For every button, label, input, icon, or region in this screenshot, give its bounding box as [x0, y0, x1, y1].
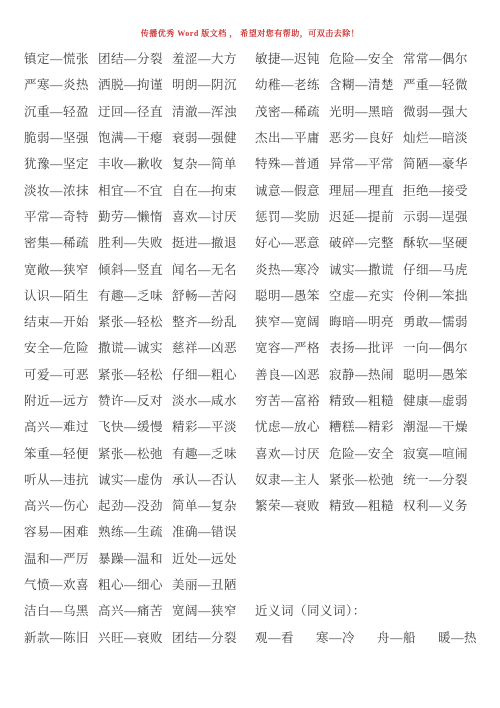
word-pair-row: 附近—远方赞许—反对淡水—咸水穷苦—富裕精致—粗糙健康—虚弱 [24, 387, 492, 413]
antonym-pair: 严重—轻微 [403, 75, 468, 93]
antonym-pair: 特殊—普通 [255, 154, 320, 172]
antonym-pair: 复杂—简单 [172, 154, 237, 172]
antonym-pair: 危险—安全 [329, 49, 394, 67]
right-pairs-group: 好心—恶意破碎—完整酥软—坚硬 [255, 233, 492, 251]
antonym-pair: 统一—分裂 [403, 470, 468, 488]
right-pairs-group: 诚意—假意理屈—理直拒绝—接受 [255, 181, 492, 199]
antonym-pair: 常常—偶尔 [403, 49, 468, 67]
antonym-pair: 高兴—伤心 [24, 496, 89, 514]
antonym-pair: 气愤—欢喜 [24, 575, 89, 593]
right-pairs-group: 惩罚—奖励迟延—提前示弱—逞强 [255, 207, 492, 225]
left-pairs-group: 淡妆—浓抹相宜—不宜自在—拘束 [24, 181, 255, 199]
antonym-pair: 勇敢—懦弱 [403, 312, 468, 330]
antonym-pair: 迟延—提前 [329, 207, 394, 225]
antonym-pair: 含糊—清楚 [329, 75, 394, 93]
word-pair-row: 可爱—可恶紧张—轻松仔细—粗心善良—凶恶寂静—热闹聪明—愚笨 [24, 361, 492, 387]
watermark-notice[interactable]: 传播优秀 Word 版文档 ， 希望对您有帮助，可双击去除！ [0, 28, 500, 39]
word-pair-row: 严寒—炎热洒脱—拘谨明朗—阴沉幼稚—老练含糊—清楚严重—轻微 [24, 71, 492, 97]
word-pair-row: 密集—稀疏胜利—失败挺进—撤退好心—恶意破碎—完整酥软—坚硬 [24, 229, 492, 255]
antonym-pair: 幼稚—老练 [255, 75, 320, 93]
word-pairs-list: 镇定—慌张团结—分裂羞涩—大方敏捷—迟钝危险—安全常常—偶尔严寒—炎热洒脱—拘谨… [24, 45, 492, 650]
right-pairs-group: 杰出—平庸恶劣—良好灿烂—暗淡 [255, 128, 492, 146]
antonym-pair: 理屈—理直 [329, 181, 394, 199]
antonym-pair: 高兴—痛苦 [98, 601, 163, 619]
right-pairs-group: 观—看寒—冷舟—船暖—热 [255, 628, 492, 646]
antonym-pair: 微弱—强大 [403, 102, 468, 120]
antonym-pair: 糟糕—精彩 [329, 417, 394, 435]
antonym-pair: 淡妆—浓抹 [24, 181, 89, 199]
word-pair-row: 温和—严厉暴躁—温和近处—远处 [24, 545, 492, 571]
antonym-pair: 容易—困难 [24, 522, 89, 540]
word-pair-row: 平常—奇特勤劳—懒惰喜欢—讨厌惩罚—奖励迟延—提前示弱—逞强 [24, 203, 492, 229]
antonym-pair: 狭窄—宽阔 [255, 312, 320, 330]
antonym-pair: 美丽—丑陋 [172, 575, 237, 593]
word-pair-row: 容易—困难熟练—生疏准确—错误 [24, 518, 492, 544]
word-pair-row: 结束—开始紧张—轻松整齐—纷乱狭窄—宽阔晦暗—明亮勇敢—懦弱 [24, 308, 492, 334]
antonym-pair: 闻名—无名 [172, 260, 237, 278]
antonym-pair: 明朗—阴沉 [172, 75, 237, 93]
antonym-pair: 宽敞—狭窄 [24, 260, 89, 278]
antonym-pair: 熟练—生疏 [98, 522, 163, 540]
left-pairs-group: 镇定—慌张团结—分裂羞涩—大方 [24, 49, 255, 67]
antonym-pair: 善良—凶恶 [255, 365, 320, 383]
antonym-pair: 衰弱—强健 [172, 128, 237, 146]
right-pairs-group: 奴隶—主人紧张—松弛统一—分裂 [255, 470, 492, 488]
word-pair-row: 气愤—欢喜粗心—细心美丽—丑陋 [24, 571, 492, 597]
antonym-pair: 倾斜—竖直 [98, 260, 163, 278]
antonym-pair: 粗心—细心 [98, 575, 163, 593]
left-pairs-group: 严寒—炎热洒脱—拘谨明朗—阴沉 [24, 75, 255, 93]
antonym-pair: 慈祥—凶恶 [172, 338, 237, 356]
antonym-pair: 伶俐—笨拙 [403, 286, 468, 304]
left-pairs-group: 密集—稀疏胜利—失败挺进—撤退 [24, 233, 255, 251]
right-pairs-group: 近义词（同义词）： [255, 601, 492, 619]
antonym-pair: 宽容—严格 [255, 338, 320, 356]
antonym-pair: 紧张—轻松 [98, 365, 163, 383]
antonym-pair: 听从—违抗 [24, 470, 89, 488]
left-pairs-group: 沉重—轻盈迂回—径直清澈—浑浊 [24, 102, 255, 120]
antonym-pair: 灿烂—暗淡 [403, 128, 468, 146]
left-pairs-group: 高兴—难过飞快—缓慢精彩—平淡 [24, 417, 255, 435]
antonym-pair: 起劲—没劲 [98, 496, 163, 514]
antonym-pair: 恶劣—良好 [329, 128, 394, 146]
antonym-pair: 羞涩—大方 [172, 49, 237, 67]
antonym-pair: 胜利—失败 [98, 233, 163, 251]
antonym-pair: 团结—分裂 [172, 628, 237, 646]
antonym-pair: 繁荣—衰败 [255, 496, 320, 514]
antonym-pair: 迂回—径直 [98, 102, 163, 120]
antonym-pair: 表扬—批评 [329, 338, 394, 356]
word-pair-row: 宽敞—狭窄倾斜—竖直闻名—无名炎热—寒冷诚实—撒谎仔细—马虎 [24, 255, 492, 281]
antonym-pair: 紧张—松弛 [329, 470, 394, 488]
antonym-pair: 奴隶—主人 [255, 470, 320, 488]
antonym-pair: 精致—粗糙 [329, 496, 394, 514]
antonym-pair: 镇定—慌张 [24, 49, 89, 67]
antonym-pair: 简单—复杂 [172, 496, 237, 514]
antonym-pair: 杰出—平庸 [255, 128, 320, 146]
left-pairs-group: 听从—违抗诚实—虚伪承认—否认 [24, 470, 255, 488]
antonym-pair: 舒畅—苦闷 [172, 286, 237, 304]
antonym-pair: 挺进—撤退 [172, 233, 237, 251]
left-pairs-group: 犹豫—坚定丰收—歉收复杂—简单 [24, 154, 255, 172]
antonym-pair: 饱满—干瘪 [98, 128, 163, 146]
antonym-pair: 团结—分裂 [98, 49, 163, 67]
antonym-pair: 精彩—平淡 [172, 417, 237, 435]
antonym-pair: 淡水—咸水 [172, 391, 237, 409]
antonym-pair: 破碎—完整 [329, 233, 394, 251]
left-pairs-group: 温和—严厉暴躁—温和近处—远处 [24, 549, 255, 567]
antonym-pair: 仔细—马虎 [403, 260, 468, 278]
antonym-pair: 撒谎—诚实 [98, 338, 163, 356]
right-pairs-group: 喜欢—讨厌危险—安全寂寞—喧闹 [255, 444, 492, 462]
antonym-pair: 沉重—轻盈 [24, 102, 89, 120]
antonym-pair: 有趣—乏味 [172, 444, 237, 462]
antonym-pair: 飞快—缓慢 [98, 417, 163, 435]
antonym-pair: 炎热—寒冷 [255, 260, 320, 278]
synonym-section-heading: 近义词（同义词）： [255, 601, 366, 619]
antonym-pair: 近处—远处 [172, 549, 237, 567]
antonym-pair: 清澈—浑浊 [172, 102, 237, 120]
left-pairs-group: 宽敞—狭窄倾斜—竖直闻名—无名 [24, 260, 255, 278]
word-pair-row: 高兴—难过飞快—缓慢精彩—平淡忧虑—放心糟糕—精彩潮湿—干燥 [24, 413, 492, 439]
right-pairs-group: 敏捷—迟钝危险—安全常常—偶尔 [255, 49, 492, 67]
antonym-pair: 寂寞—喧闹 [403, 444, 468, 462]
antonym-pair: 示弱—逞强 [403, 207, 468, 225]
antonym-pair: 酥软—坚硬 [403, 233, 468, 251]
left-pairs-group: 附近—远方赞许—反对淡水—咸水 [24, 391, 255, 409]
left-pairs-group: 容易—困难熟练—生疏准确—错误 [24, 522, 255, 540]
antonym-pair: 喜欢—讨厌 [172, 207, 237, 225]
antonym-pair: 忧虑—放心 [255, 417, 320, 435]
antonym-pair: 安全—危险 [24, 338, 89, 356]
antonym-pair: 精致—粗糙 [329, 391, 394, 409]
antonym-pair: 简陋—豪华 [403, 154, 468, 172]
antonym-pair: 晦暗—明亮 [329, 312, 394, 330]
word-pair-row: 脆弱—坚强饱满—干瘪衰弱—强健杰出—平庸恶劣—良好灿烂—暗淡 [24, 124, 492, 150]
document-page: 传播优秀 Word 版文档 ， 希望对您有帮助，可双击去除！ 镇定—慌张团结—分… [0, 0, 500, 708]
synonym-pair: 暖—热 [438, 628, 477, 646]
antonym-pair: 好心—恶意 [255, 233, 320, 251]
antonym-pair: 可爱—可恶 [24, 365, 89, 383]
word-pair-row: 新款—陈旧兴旺—衰败团结—分裂观—看寒—冷舟—船暖—热 [24, 624, 492, 650]
antonym-pair: 有趣—乏味 [98, 286, 163, 304]
right-pairs-group: 狭窄—宽阔晦暗—明亮勇敢—懦弱 [255, 312, 492, 330]
antonym-pair: 结束—开始 [24, 312, 89, 330]
antonym-pair: 严寒—炎热 [24, 75, 89, 93]
right-pairs-group: 茂密—稀疏光明—黑暗微弱—强大 [255, 102, 492, 120]
right-pairs-group: 繁荣—衰败精致—粗糙权利—义务 [255, 496, 492, 514]
antonym-pair: 危险—安全 [329, 444, 394, 462]
antonym-pair: 洁白—乌黑 [24, 601, 89, 619]
word-pair-row: 洁白—乌黑高兴—痛苦宽阔—狭窄近义词（同义词）： [24, 597, 492, 623]
antonym-pair: 洒脱—拘谨 [98, 75, 163, 93]
left-pairs-group: 认识—陌生有趣—乏味舒畅—苦闷 [24, 286, 255, 304]
synonym-pair: 观—看 [255, 628, 294, 646]
antonym-pair: 潮湿—干燥 [403, 417, 468, 435]
antonym-pair: 寂静—热闹 [329, 365, 394, 383]
synonym-pair: 寒—冷 [316, 628, 355, 646]
word-pair-row: 犹豫—坚定丰收—歉收复杂—简单特殊—普通异常—平常简陋—豪华 [24, 150, 492, 176]
antonym-pair: 喜欢—讨厌 [255, 444, 320, 462]
left-pairs-group: 洁白—乌黑高兴—痛苦宽阔—狭窄 [24, 601, 255, 619]
antonym-pair: 认识—陌生 [24, 286, 89, 304]
left-pairs-group: 安全—危险撒谎—诚实慈祥—凶恶 [24, 338, 255, 356]
antonym-pair: 空虚—充实 [329, 286, 394, 304]
antonym-pair: 丰收—歉收 [98, 154, 163, 172]
antonym-pair: 诚实—撒谎 [329, 260, 394, 278]
left-pairs-group: 可爱—可恶紧张—轻松仔细—粗心 [24, 365, 255, 383]
left-pairs-group: 笨重—轻便紧张—松弛有趣—乏味 [24, 444, 255, 462]
word-pair-row: 镇定—慌张团结—分裂羞涩—大方敏捷—迟钝危险—安全常常—偶尔 [24, 45, 492, 71]
antonym-pair: 聪明—愚笨 [403, 365, 468, 383]
right-pairs-group: 炎热—寒冷诚实—撒谎仔细—马虎 [255, 260, 492, 278]
left-pairs-group: 结束—开始紧张—轻松整齐—纷乱 [24, 312, 255, 330]
antonym-pair: 高兴—难过 [24, 417, 89, 435]
word-pair-row: 听从—违抗诚实—虚伪承认—否认奴隶—主人紧张—松弛统一—分裂 [24, 466, 492, 492]
left-pairs-group: 气愤—欢喜粗心—细心美丽—丑陋 [24, 575, 255, 593]
antonym-pair: 异常—平常 [329, 154, 394, 172]
antonym-pair: 诚意—假意 [255, 181, 320, 199]
antonym-pair: 温和—严厉 [24, 549, 89, 567]
antonym-pair: 赞许—反对 [98, 391, 163, 409]
antonym-pair: 聪明—愚笨 [255, 286, 320, 304]
antonym-pair: 一向—偶尔 [403, 338, 468, 356]
synonym-pair: 舟—船 [377, 628, 416, 646]
antonym-pair: 勤劳—懒惰 [98, 207, 163, 225]
antonym-pair: 犹豫—坚定 [24, 154, 89, 172]
antonym-pair: 惩罚—奖励 [255, 207, 320, 225]
antonym-pair: 整齐—纷乱 [172, 312, 237, 330]
word-pair-row: 认识—陌生有趣—乏味舒畅—苦闷聪明—愚笨空虚—充实伶俐—笨拙 [24, 282, 492, 308]
antonym-pair: 准确—错误 [172, 522, 237, 540]
word-pair-row: 高兴—伤心起劲—没劲简单—复杂繁荣—衰败精致—粗糙权利—义务 [24, 492, 492, 518]
word-pair-row: 淡妆—浓抹相宜—不宜自在—拘束诚意—假意理屈—理直拒绝—接受 [24, 176, 492, 202]
antonym-pair: 平常—奇特 [24, 207, 89, 225]
antonym-pair: 自在—拘束 [172, 181, 237, 199]
antonym-pair: 宽阔—狭窄 [172, 601, 237, 619]
antonym-pair: 附近—远方 [24, 391, 89, 409]
right-pairs-group: 忧虑—放心糟糕—精彩潮湿—干燥 [255, 417, 492, 435]
antonym-pair: 暴躁—温和 [98, 549, 163, 567]
antonym-pair: 仔细—粗心 [172, 365, 237, 383]
antonym-pair: 笨重—轻便 [24, 444, 89, 462]
right-pairs-group: 穷苦—富裕精致—粗糙健康—虚弱 [255, 391, 492, 409]
antonym-pair: 紧张—轻松 [98, 312, 163, 330]
antonym-pair: 诚实—虚伪 [98, 470, 163, 488]
antonym-pair: 健康—虚弱 [403, 391, 468, 409]
word-pair-row: 沉重—轻盈迂回—径直清澈—浑浊茂密—稀疏光明—黑暗微弱—强大 [24, 98, 492, 124]
word-pair-row: 笨重—轻便紧张—松弛有趣—乏味喜欢—讨厌危险—安全寂寞—喧闹 [24, 439, 492, 465]
antonym-pair: 承认—否认 [172, 470, 237, 488]
antonym-pair: 兴旺—衰败 [98, 628, 163, 646]
antonym-pair: 紧张—松弛 [98, 444, 163, 462]
antonym-pair: 脆弱—坚强 [24, 128, 89, 146]
right-pairs-group: 特殊—普通异常—平常简陋—豪华 [255, 154, 492, 172]
left-pairs-group: 高兴—伤心起劲—没劲简单—复杂 [24, 496, 255, 514]
antonym-pair: 密集—稀疏 [24, 233, 89, 251]
right-pairs-group: 宽容—严格表扬—批评一向—偶尔 [255, 338, 492, 356]
right-pairs-group: 善良—凶恶寂静—热闹聪明—愚笨 [255, 365, 492, 383]
right-pairs-group: 聪明—愚笨空虚—充实伶俐—笨拙 [255, 286, 492, 304]
antonym-pair: 穷苦—富裕 [255, 391, 320, 409]
antonym-pair: 茂密—稀疏 [255, 102, 320, 120]
left-pairs-group: 脆弱—坚强饱满—干瘪衰弱—强健 [24, 128, 255, 146]
antonym-pair: 权利—义务 [403, 496, 468, 514]
right-pairs-group: 幼稚—老练含糊—清楚严重—轻微 [255, 75, 492, 93]
word-pair-row: 安全—危险撒谎—诚实慈祥—凶恶宽容—严格表扬—批评一向—偶尔 [24, 334, 492, 360]
antonym-pair: 新款—陈旧 [24, 628, 89, 646]
antonym-pair: 相宜—不宜 [98, 181, 163, 199]
antonym-pair: 光明—黑暗 [329, 102, 394, 120]
left-pairs-group: 平常—奇特勤劳—懒惰喜欢—讨厌 [24, 207, 255, 225]
antonym-pair: 拒绝—接受 [403, 181, 468, 199]
left-pairs-group: 新款—陈旧兴旺—衰败团结—分裂 [24, 628, 255, 646]
antonym-pair: 敏捷—迟钝 [255, 49, 320, 67]
